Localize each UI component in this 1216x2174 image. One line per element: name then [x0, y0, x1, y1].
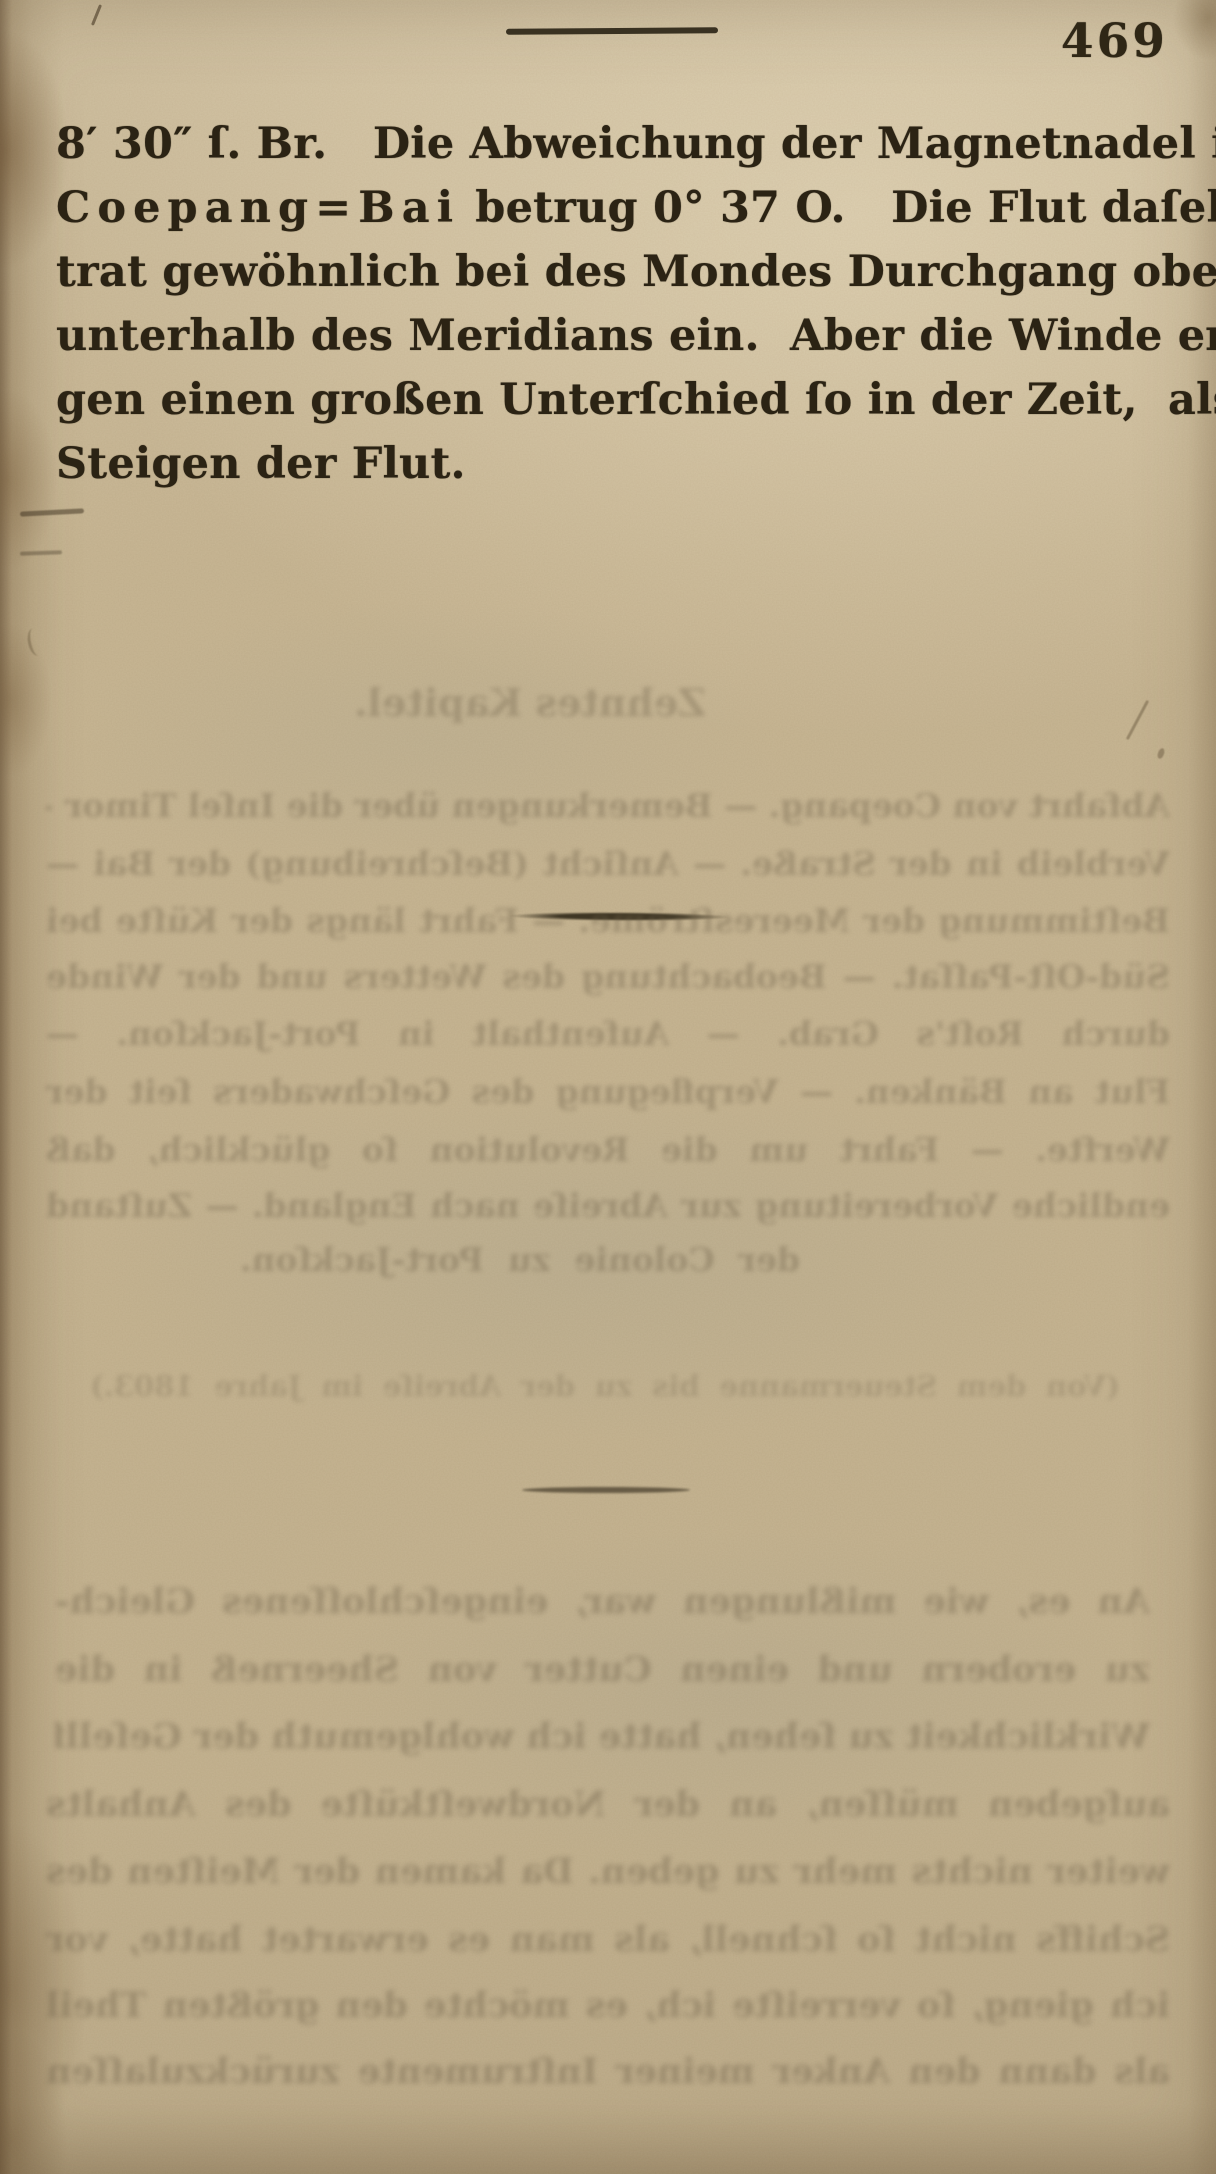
- ghost-line: zu erobern und einen Cutter von Sheerneß…: [55, 1650, 1150, 1690]
- paragraph-line: unterhalb des Meridians ein. Aber die Wi…: [56, 304, 1162, 368]
- paragraph-line: Coepang=Bai betrug 0° 37 O. Die Flut daſ…: [56, 176, 1162, 240]
- ghost-line: weiter nichts mehr zu geben. Da kamen de…: [46, 1852, 1170, 1892]
- ghost-line: Beſtimmung der Meeresſtröme. — Fahrt län…: [46, 901, 1170, 941]
- page-number: 469: [1058, 14, 1168, 69]
- diagonal-stray-mark: [1126, 700, 1149, 740]
- separator-dash: [522, 1487, 690, 1493]
- separator-dash: [508, 911, 730, 921]
- ghost-line: Schiffs nicht ſo ſchnell, als man es erw…: [46, 1920, 1170, 1960]
- ghost-line: endliche Vorbereitung zur Abreiſe nach E…: [46, 1186, 1170, 1226]
- paragraph-line: trat gewöhnlich bei des Mondes Durchgang…: [56, 240, 1162, 304]
- paragraph-line-rest: betrug 0° 37 O. Die Flut daſelbſt: [460, 183, 1216, 233]
- margin-dash-mark: [20, 550, 62, 555]
- ghost-line: Werfte. — Fahrt um die Revolution ſo glü…: [46, 1130, 1170, 1170]
- paragraph-line: gen einen großen Unterſchied ſo in der Z…: [56, 368, 1162, 432]
- ghost-line: Abfahrt von Coepang. — Bemerkungen über …: [46, 786, 1170, 826]
- top-separator-rule: [506, 27, 718, 34]
- ghost-line: Flut an Bänken. — Verpflegung des Geſchw…: [46, 1072, 1170, 1112]
- paragraph-line: Steigen der Flut.: [56, 432, 1162, 496]
- ghost-line: Wirklichkeit zu ſehen, hatte ich wohlgem…: [55, 1717, 1150, 1757]
- comma-stray-mark: [1156, 747, 1165, 759]
- ghost-line: Verbleib in der Straße. — Anſicht (Beſch…: [46, 844, 1170, 884]
- margin-curve-mark: [25, 627, 45, 658]
- margin-dash-mark: [20, 508, 84, 516]
- ghost-line: ich gieng, ſo verreiſte ich, es möchte d…: [46, 1986, 1170, 2026]
- stray-ink-mark: [91, 4, 102, 26]
- ghost-line: (Von dem Steuermanne bis zu der Abreiſe …: [90, 1366, 1120, 1406]
- ghost-line: Süd-Oſt-Paſſat. — Beobachtung des Wetter…: [46, 957, 1170, 997]
- book-page-scan: 469 8′ 30″ ſ. Br. Die Abweichung der Mag…: [0, 0, 1216, 2174]
- paragraph-line: 8′ 30″ ſ. Br. Die Abweichung der Magnetn…: [56, 112, 1162, 176]
- ghost-line: der Colonie zu Port-Jackſon.: [240, 1240, 800, 1280]
- main-paragraph: 8′ 30″ ſ. Br. Die Abweichung der Magnetn…: [56, 112, 1162, 496]
- ghost-line: aufgeben müſſen, an der Nordweſtküſte de…: [46, 1785, 1170, 1825]
- ghost-line: An es, wie mißlungen war, eingeſchloſſen…: [55, 1582, 1150, 1622]
- ghost-line: durch Roſt's Grab. — Aufenthalt in Port-…: [46, 1014, 1170, 1054]
- place-name-letterspaced: Coepang=Bai: [56, 183, 460, 233]
- ghost-heading: Zehntes Kapitel.: [300, 683, 760, 723]
- ghost-line: als dann den Anker meiner Inſtrumente zu…: [46, 2052, 1170, 2092]
